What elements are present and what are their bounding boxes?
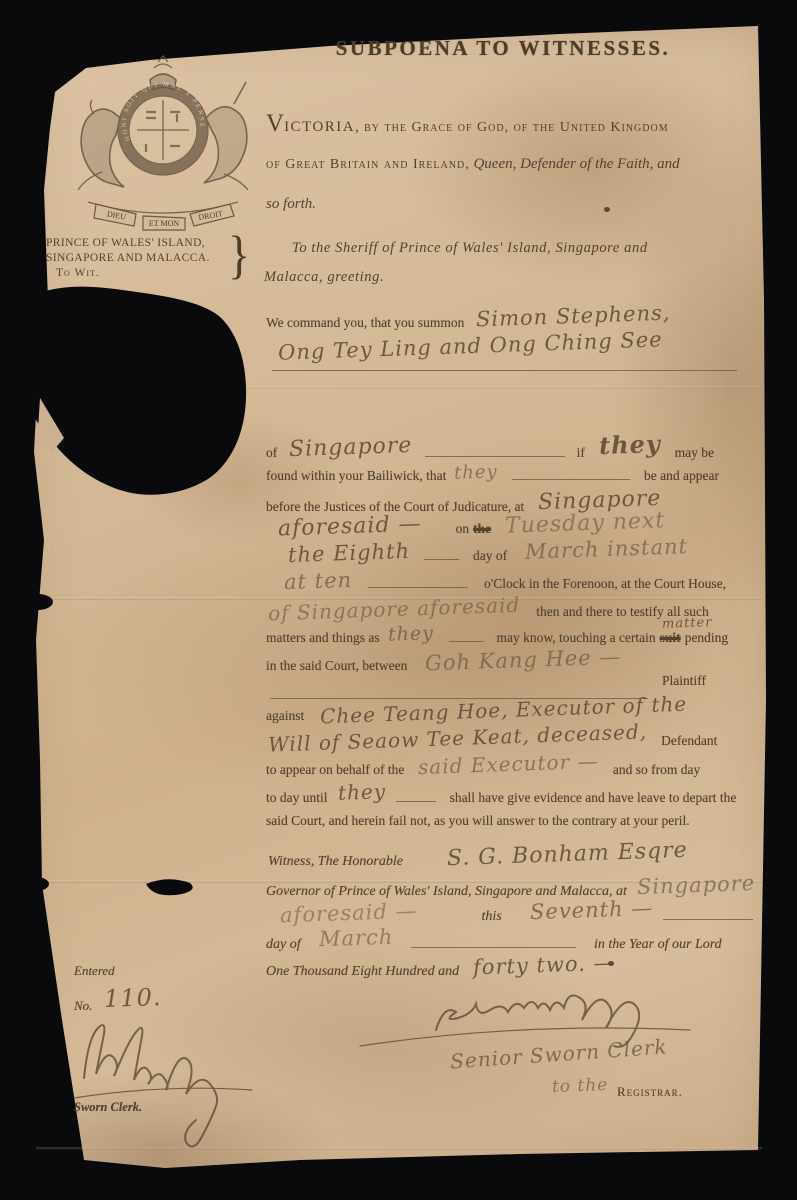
signature-scrawls	[0, 0, 797, 1200]
sworn-clerk-signature	[84, 1025, 217, 1146]
to-the-handwritten: to the	[552, 1075, 609, 1097]
photograph-of-document: HONI SOIT QUI MAL Y PENSE DIEU ET MON DR…	[0, 0, 797, 1200]
sworn-clerk-printed: Sworn Clerk.	[74, 1100, 142, 1115]
registrar-printed: Registrar.	[617, 1084, 683, 1100]
